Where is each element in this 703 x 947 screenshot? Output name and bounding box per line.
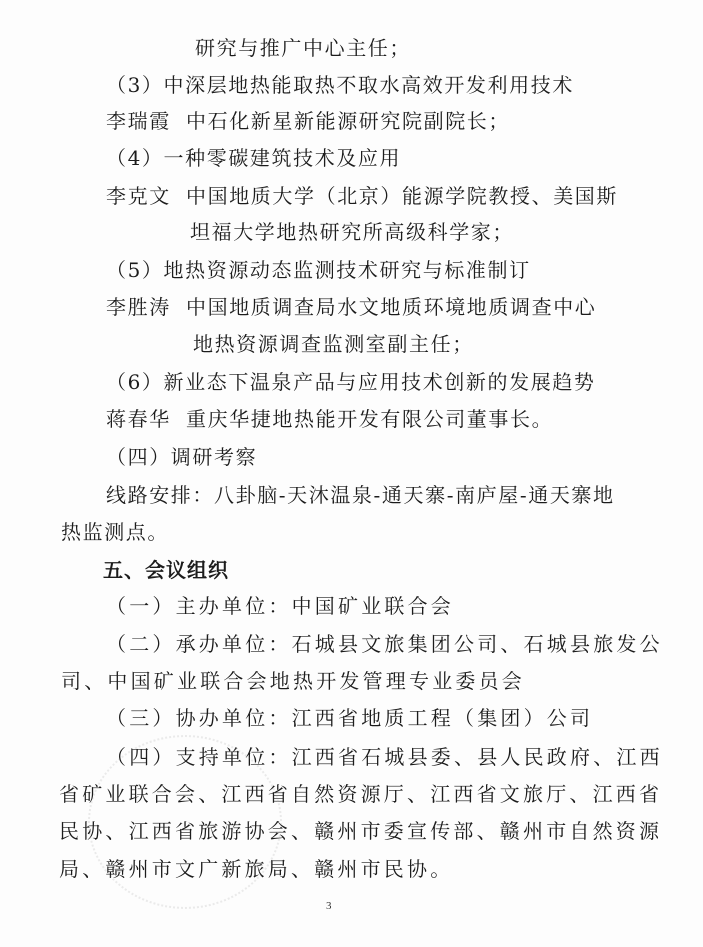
speaker-title-continuation: 研究与推广中心主任； [195, 35, 411, 61]
speaker-title: 中石化新星新能源研究院副院长； [186, 109, 510, 133]
speaker-title: 重庆华捷地热能开发有限公司董事长。 [186, 407, 553, 431]
subsection-heading-research-trip: （四）调研考察 [106, 444, 257, 470]
route-arrangement-continuation: 热监测点。 [61, 519, 169, 545]
speaker-title: 中国地质大学（北京）能源学院教授、美国斯 [186, 184, 618, 208]
speaker-li-shengtao: 李胜涛中国地质调查局水文地质环境地质调查中心 [106, 294, 596, 320]
co-organizer: （二）承办单位：石城县文旅集团公司、石城县旅发公 [106, 631, 663, 657]
speaker-title-continuation: 地热资源调查监测室副主任； [193, 331, 474, 357]
supporting-organizations-continuation: 民协、江西省旅游协会、赣州市委宣传部、赣州市自然资源 [59, 818, 662, 844]
speaker-title-continuation: 坦福大学地热研究所高级科学家； [190, 219, 514, 245]
speaker-name: 蒋春华 [106, 406, 186, 432]
speaker-title: 中国地质调查局水文地质环境地质调查中心 [186, 295, 596, 319]
speaker-name: 李克文 [106, 183, 186, 209]
assisting-organizer: （三）协办单位：江西省地质工程（集团）公司 [106, 705, 593, 731]
page-number: 3 [326, 900, 332, 912]
supporting-organizations-continuation: 局、赣州市文广新旅局、赣州市民协。 [59, 856, 453, 882]
topic-6: （6）新业态下温泉产品与应用技术创新的发展趋势 [106, 369, 596, 395]
co-organizer-continuation: 司、中国矿业联合会地热开发管理专业委员会 [61, 668, 525, 694]
topic-3: （3）中深层地热能取热不取水高效开发利用技术 [106, 72, 574, 98]
supporting-organizations-continuation: 省矿业联合会、江西省自然资源厅、江西省文旅厅、江西省 [59, 781, 662, 807]
speaker-name: 李胜涛 [106, 294, 186, 320]
topic-5: （5）地热资源动态监测技术研究与标准制订 [106, 257, 531, 283]
section-heading-meeting-organization: 五、会议组织 [103, 557, 229, 583]
organizer: （一）主办单位：中国矿业联合会 [106, 593, 454, 619]
speaker-name: 李瑞霞 [106, 108, 186, 134]
topic-4: （4）一种零碳建筑技术及应用 [106, 145, 401, 171]
speaker-li-kewen: 李克文中国地质大学（北京）能源学院教授、美国斯 [106, 183, 618, 209]
speaker-jiang-chunhua: 蒋春华重庆华捷地热能开发有限公司董事长。 [106, 406, 553, 432]
supporting-organizations: （四）支持单位：江西省石城县委、县人民政府、江西 [106, 744, 663, 770]
speaker-li-ruixia: 李瑞霞中石化新星新能源研究院副院长； [106, 108, 510, 134]
document-page: 研究与推广中心主任； （3）中深层地热能取热不取水高效开发利用技术 李瑞霞中石化… [0, 0, 703, 947]
route-arrangement: 线路安排：八卦脑-天沐温泉-通天寨-南庐屋-通天寨地 [106, 482, 615, 508]
